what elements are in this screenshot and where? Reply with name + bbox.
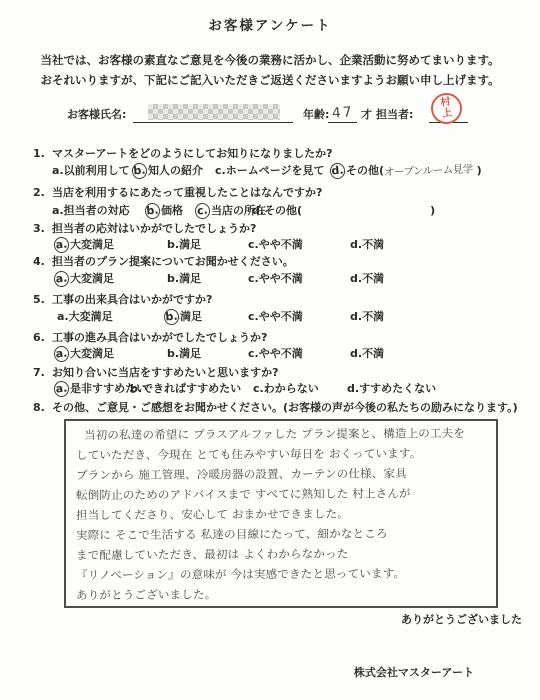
option-label: 価格 bbox=[161, 204, 183, 217]
option-letter: c. bbox=[248, 310, 259, 323]
q4-option-c: c.やや不満 bbox=[248, 270, 303, 286]
question-3-options: a.大変満足 b.満足 c.やや不満 d.不満 bbox=[0, 236, 540, 252]
question-2: 2.当店を利用するにあたって重視したことはなんですか? bbox=[33, 184, 322, 200]
option-letter: d. bbox=[350, 272, 362, 285]
page-title: お客様アンケート bbox=[0, 14, 540, 34]
q5-option-b: b.満足 bbox=[167, 308, 202, 325]
age-unit: 才 bbox=[361, 106, 372, 122]
q5-option-d: d.不満 bbox=[350, 308, 384, 324]
option-letter: a. bbox=[57, 310, 69, 323]
staff-hanko-stamp: 村 上 bbox=[429, 91, 464, 126]
option-letter: b. bbox=[167, 272, 179, 285]
question-8: 8.その他、ご意見・ご感想をお聞かせください。(お客様の声が今後の私たちの励みに… bbox=[33, 399, 518, 415]
q3-option-b: b.満足 bbox=[167, 236, 201, 252]
option-letter: b. bbox=[131, 162, 147, 179]
option-letter: d. bbox=[350, 347, 362, 360]
paren-close: ) bbox=[430, 204, 435, 217]
paren-close: ) bbox=[477, 164, 482, 177]
q3-option-a: a.大変満足 bbox=[57, 236, 114, 253]
comment-line: していただき、今現在 とても住みやすい毎日を おくっています。 bbox=[76, 443, 490, 465]
q7-option-d: d.すすめたくない bbox=[347, 380, 436, 396]
option-letter: d. bbox=[329, 162, 345, 179]
staff-label: 担当者: bbox=[376, 106, 413, 122]
option-label: わからない bbox=[264, 382, 319, 395]
option-label: 担当者の対応 bbox=[64, 204, 130, 217]
age-value: 47 bbox=[331, 104, 354, 121]
question-number: 6. bbox=[33, 331, 52, 344]
option-label: その他( bbox=[346, 164, 384, 177]
q1-option-b: b.知人の紹介 bbox=[135, 162, 203, 179]
intro-text: 当社では、お客様の素直なご意見を今後の業務に活かし、企業活動に努めてまいります。… bbox=[0, 50, 540, 90]
option-label: ホームページを見て bbox=[226, 164, 325, 177]
question-text: マスターアートをどのようにしてお知りになりましたか? bbox=[52, 147, 333, 160]
question-text: その他、ご意見・ご感想をお聞かせください。(お客様の声が今後の私たちの励みになり… bbox=[52, 401, 518, 414]
q3-option-c: c.やや不満 bbox=[248, 236, 303, 252]
q3-option-d: d.不満 bbox=[350, 236, 384, 252]
q4-option-a: a.大変満足 bbox=[57, 270, 114, 287]
handwritten-answer: オープンルーム見学 bbox=[384, 161, 473, 179]
q4-option-b: b.満足 bbox=[167, 270, 201, 286]
comment-box: 当初の私達の希望に プラスアルファした プラン提案と、構造上の工夫を していただ… bbox=[64, 419, 498, 608]
q5-option-a: a.大変満足 bbox=[57, 308, 113, 324]
question-text: 担当者のプラン提案についてお聞かせください。 bbox=[52, 255, 294, 268]
question-5: 5.工事の出来具合はいかがですか? bbox=[33, 291, 212, 307]
option-label: やや不満 bbox=[259, 347, 303, 360]
customer-name-field bbox=[133, 122, 293, 123]
question-1: 1.マスターアートをどのようにしてお知りになりましたか? bbox=[33, 145, 333, 161]
option-label: 満足 bbox=[179, 347, 201, 360]
option-letter: c. bbox=[248, 272, 259, 285]
option-label: 大変満足 bbox=[70, 347, 114, 360]
q1-option-c: c.ホームページを見て bbox=[215, 162, 324, 178]
q1-option-d: d.その他(オープンルーム見学 ) bbox=[333, 162, 482, 179]
option-letter: a. bbox=[53, 236, 69, 253]
company-name: 株式会社マスターアート bbox=[354, 664, 474, 680]
q2-option-d: d.その他() bbox=[252, 202, 435, 218]
question-1-options: a.以前利用して b.知人の紹介 c.ホームページを見て d.その他(オープンル… bbox=[0, 162, 540, 178]
option-label: 以前利用して bbox=[64, 164, 130, 177]
comment-line: ありがとうございました。 bbox=[76, 583, 490, 605]
q6-option-a: a.大変満足 bbox=[57, 345, 114, 362]
option-label: 満足 bbox=[180, 310, 202, 323]
option-letter: c. bbox=[215, 164, 226, 177]
question-number: 1. bbox=[33, 147, 52, 160]
question-text: 工事の進み具合はいかがでしたでしょうか? bbox=[52, 331, 267, 344]
question-text: 当店を利用するにあたって重視したことはなんですか? bbox=[52, 186, 322, 199]
question-text: 工事の出来具合はいかがですか? bbox=[52, 293, 212, 306]
q5-option-c: c.やや不満 bbox=[248, 308, 303, 324]
q6-option-c: c.やや不満 bbox=[248, 345, 303, 361]
comment-line: 実際に そこで生活する 私達の目線にたって、細かなところ bbox=[76, 523, 490, 545]
thanks-note: ありがとうございました bbox=[401, 611, 522, 627]
question-6: 6.工事の進み具合はいかがでしたでしょうか? bbox=[33, 329, 267, 345]
comment-line: まで配慮していただき、最初は よくわからなかった bbox=[76, 543, 490, 565]
comment-line: プランから 施工管理、冷暖房器の設置、カーテンの仕様、家具 bbox=[76, 463, 490, 485]
option-letter: d. bbox=[350, 238, 362, 251]
option-label: 知人の紹介 bbox=[148, 164, 203, 177]
customer-name-label: お客様氏名: bbox=[67, 106, 126, 122]
question-4-options: a.大変満足 b.満足 c.やや不満 d.不満 bbox=[0, 270, 540, 286]
option-letter: a. bbox=[53, 270, 69, 287]
q6-option-d: d.不満 bbox=[350, 345, 384, 361]
option-label: できればすすめたい bbox=[142, 382, 241, 395]
option-label: やや不満 bbox=[259, 310, 303, 323]
q7-option-b: b.できればすすめたい bbox=[130, 380, 241, 396]
question-text: 担当者の応対はいかがでしたでしょうか? bbox=[52, 222, 256, 235]
question-7: 7.お知り合いに当店をすすめたいと思いますか? bbox=[33, 364, 279, 380]
question-6-options: a.大変満足 b.満足 c.やや不満 d.不満 bbox=[0, 345, 540, 361]
question-number: 3. bbox=[33, 222, 52, 235]
question-number: 2. bbox=[33, 186, 52, 199]
question-7-options: a.是非すすめたい b.できればすすめたい c.わからない d.すすめたくない bbox=[0, 380, 540, 396]
option-label: 大変満足 bbox=[69, 310, 113, 323]
option-letter: b. bbox=[163, 308, 179, 325]
comment-line: 当初の私達の希望に プラスアルファした プラン提案と、構造上の工夫を bbox=[76, 423, 490, 445]
customer-info-row: お客様氏名: 年齢: 47 才 担当者: 村 上 bbox=[0, 93, 540, 126]
q2-option-b: b.価格 bbox=[148, 202, 183, 219]
option-label: やや不満 bbox=[259, 272, 303, 285]
option-label: その他( bbox=[264, 204, 302, 217]
option-letter: c. bbox=[248, 238, 259, 251]
question-3: 3.担当者の応対はいかがでしたでしょうか? bbox=[33, 220, 256, 236]
question-number: 8. bbox=[33, 401, 52, 414]
option-label: 大変満足 bbox=[70, 238, 114, 251]
pixelated-name bbox=[148, 104, 280, 120]
question-number: 7. bbox=[33, 366, 52, 379]
option-label: 大変満足 bbox=[70, 272, 114, 285]
comment-line: 転倒防止のためのアドバイスまで すべてに熟知した 村上さんが bbox=[76, 483, 490, 505]
option-letter: c. bbox=[194, 202, 210, 219]
option-label: 満足 bbox=[179, 238, 201, 251]
option-label: 不満 bbox=[362, 272, 384, 285]
option-letter: c. bbox=[248, 347, 259, 360]
question-number: 4. bbox=[33, 255, 52, 268]
q7-option-c: c.わからない bbox=[253, 380, 319, 396]
question-2-options: a.担当者の対応 b.価格 c.当店の所在 d.その他() bbox=[0, 202, 540, 218]
option-letter: d. bbox=[252, 204, 264, 217]
option-letter: b. bbox=[144, 202, 160, 219]
intro-line-2: おそれいりますが、下記にご記入いただきご返送くださいますようお願い申し上げます。 bbox=[0, 70, 540, 90]
option-letter: b. bbox=[167, 238, 179, 251]
option-letter: a. bbox=[52, 164, 64, 177]
age-label: 年齢: bbox=[303, 106, 329, 122]
intro-line-1: 当社では、お客様の素直なご意見を今後の業務に活かし、企業活動に努めてまいります。 bbox=[0, 50, 540, 70]
option-label: すすめたくない bbox=[359, 382, 436, 395]
q4-option-d: d.不満 bbox=[350, 270, 384, 286]
q1-option-a: a.以前利用して bbox=[52, 162, 130, 178]
option-letter: a. bbox=[53, 380, 69, 397]
comment-line: 『リノベーション』の意味が 今は実感できたと思っています。 bbox=[76, 563, 490, 585]
option-letter: d. bbox=[347, 382, 359, 395]
stamp-char-bottom: 上 bbox=[442, 108, 453, 120]
option-label: やや不満 bbox=[259, 238, 303, 251]
option-letter: c. bbox=[253, 382, 264, 395]
option-label: 満足 bbox=[179, 272, 201, 285]
option-label: 不満 bbox=[362, 347, 384, 360]
option-letter: b. bbox=[130, 382, 142, 395]
question-4: 4.担当者のプラン提案についてお聞かせください。 bbox=[33, 253, 294, 269]
option-letter: b. bbox=[167, 347, 179, 360]
q2-option-a: a.担当者の対応 bbox=[52, 202, 130, 218]
option-label: 不満 bbox=[362, 238, 384, 251]
option-letter: a. bbox=[53, 345, 69, 362]
option-label: 不満 bbox=[362, 310, 384, 323]
question-number: 5. bbox=[33, 293, 52, 306]
comment-line: 担当してくださり、安心して おまかせできました。 bbox=[76, 503, 490, 525]
question-text: お知り合いに当店をすすめたいと思いますか? bbox=[52, 366, 279, 379]
q6-option-b: b.満足 bbox=[167, 345, 201, 361]
option-letter: a. bbox=[52, 204, 64, 217]
question-5-options: a.大変満足 b.満足 c.やや不満 d.不満 bbox=[0, 308, 540, 324]
age-field bbox=[328, 122, 357, 123]
option-letter: d. bbox=[350, 310, 362, 323]
